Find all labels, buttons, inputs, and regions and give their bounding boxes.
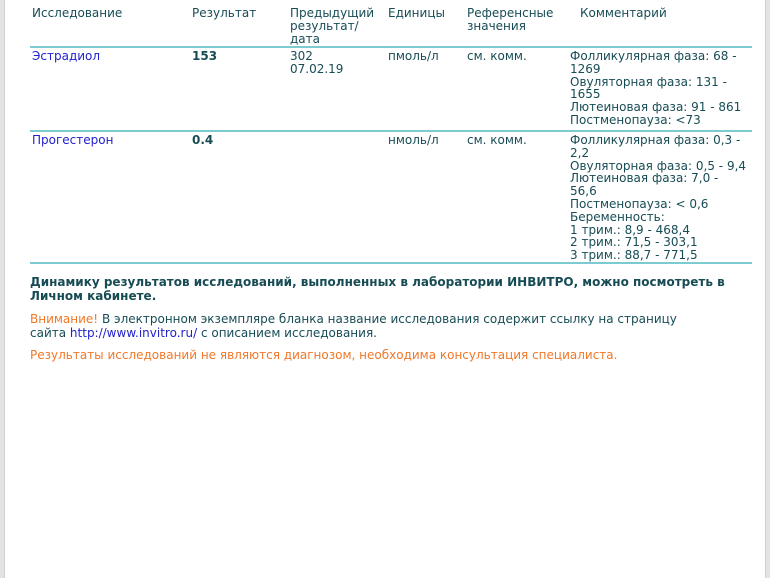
header-result: Результат	[192, 0, 290, 47]
comment-line: Фолликулярная фаза: 68 -	[570, 50, 752, 63]
comment-line: Постменопауза: <73	[570, 114, 752, 127]
reference: см. комм.	[467, 47, 570, 131]
comment-line: Лютеиновая фаза: 7,0 -	[570, 172, 752, 185]
result-value: 0.4	[192, 133, 213, 147]
units: пмоль/л	[388, 47, 467, 131]
results-table: Исследование Результат Предыдущий резуль…	[30, 0, 752, 264]
previous-value: 302	[290, 50, 388, 63]
attention-note: Внимание! В электронном экземпляре бланк…	[30, 312, 690, 340]
invitro-site-link[interactable]: http://www.invitro.ru/	[70, 326, 197, 340]
header-units: Единицы	[388, 0, 467, 47]
comment: Фолликулярная фаза: 0,3 - 2,2 Овуляторна…	[570, 131, 752, 263]
comment-line: Фолликулярная фаза: 0,3 -	[570, 134, 752, 147]
test-link-progesterone[interactable]: Прогестерон	[32, 133, 113, 147]
table-row: Прогестерон 0.4 нмоль/л см. комм. Фоллик…	[30, 131, 752, 263]
dynamics-note: Динамику результатов исследований, выпол…	[30, 275, 730, 303]
header-previous: Предыдущий результат/дата	[290, 0, 388, 47]
table-header-row: Исследование Результат Предыдущий резуль…	[30, 0, 752, 47]
test-link-estradiol[interactable]: Эстрадиол	[32, 49, 100, 63]
comment-line: Беременность:	[570, 211, 752, 224]
header-test: Исследование	[30, 0, 192, 47]
attention-label: Внимание!	[30, 312, 98, 326]
reference: см. комм.	[467, 131, 570, 263]
units: нмоль/л	[388, 131, 467, 263]
disclaimer: Результаты исследований не являются диаг…	[30, 348, 740, 362]
previous-date: 07.02.19	[290, 63, 388, 76]
comment-line: 2,2	[570, 147, 752, 160]
comment: Фолликулярная фаза: 68 - 1269 Овуляторна…	[570, 47, 752, 131]
page-left-edge	[0, 0, 5, 578]
header-comment: Комментарий	[570, 0, 752, 47]
page-right-edge	[765, 0, 770, 578]
comment-line: 1269	[570, 63, 752, 76]
result-value: 153	[192, 49, 217, 63]
attention-tail: с описанием исследования.	[197, 326, 377, 340]
table-row: Эстрадиол 153 302 07.02.19 пмоль/л см. к…	[30, 47, 752, 131]
header-reference: Референсные значения	[467, 0, 570, 47]
comment-line: 3 трим.: 88,7 - 771,5	[570, 249, 752, 262]
comment-line: Постменопауза: < 0,6	[570, 198, 752, 211]
lab-results-page: Исследование Результат Предыдущий резуль…	[30, 0, 740, 362]
